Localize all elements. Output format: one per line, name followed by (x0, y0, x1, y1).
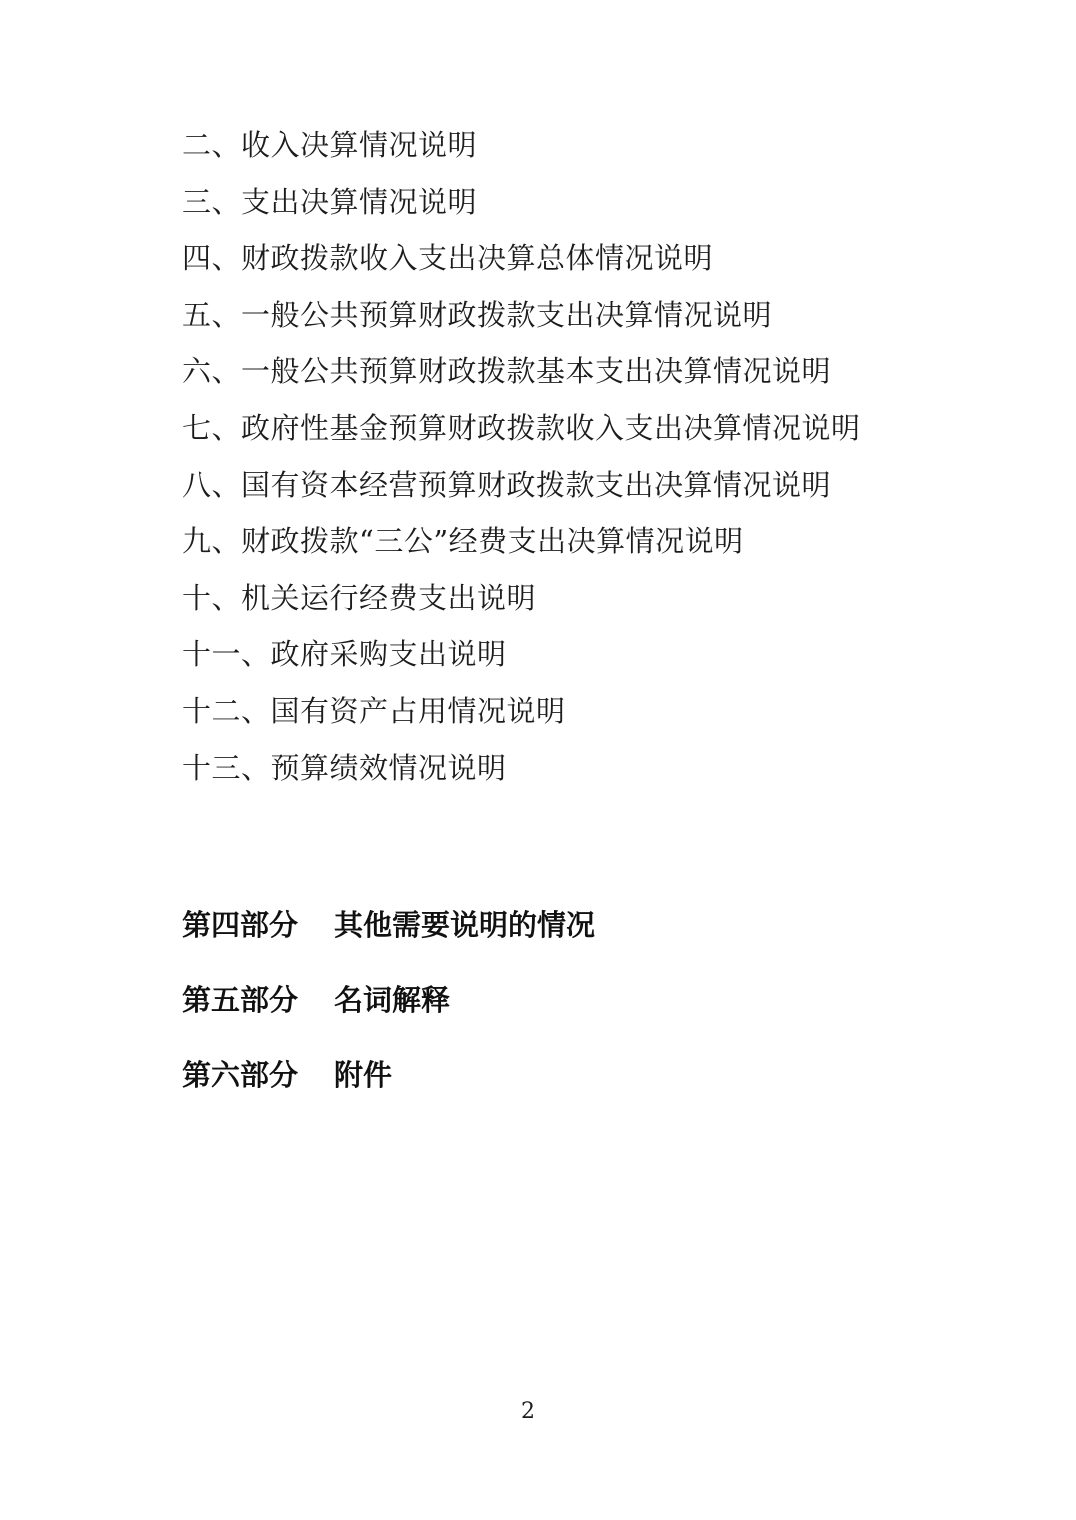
toc-item: 九、财政拨款“三公”经费支出决算情况说明 (182, 513, 861, 570)
toc-item: 四、财政拨款收入支出决算总体情况说明 (182, 230, 861, 287)
section-number: 第六部分 (182, 1058, 298, 1092)
section-heading: 第五部分名词解释 (182, 963, 595, 1038)
section-number: 第五部分 (182, 983, 298, 1017)
section-title: 附件 (334, 1058, 392, 1092)
toc-item: 二、收入决算情况说明 (182, 117, 861, 174)
section-title: 其他需要说明的情况 (334, 908, 595, 942)
toc-item: 七、政府性基金预算财政拨款收入支出决算情况说明 (182, 400, 861, 457)
toc-item: 十一、政府采购支出说明 (182, 626, 861, 683)
toc-item: 六、一般公共预算财政拨款基本支出决算情况说明 (182, 343, 861, 400)
page-number: 2 (0, 1398, 1056, 1426)
section-heading: 第六部分附件 (182, 1038, 595, 1113)
section-heading: 第四部分其他需要说明的情况 (182, 888, 595, 963)
toc-item: 十三、预算绩效情况说明 (182, 740, 861, 797)
section-headings: 第四部分其他需要说明的情况 第五部分名词解释 第六部分附件 (182, 888, 595, 1113)
toc-item: 三、支出决算情况说明 (182, 174, 861, 231)
table-of-contents: 二、收入决算情况说明 三、支出决算情况说明 四、财政拨款收入支出决算总体情况说明… (182, 117, 861, 796)
toc-item: 十二、国有资产占用情况说明 (182, 683, 861, 740)
section-title: 名词解释 (334, 983, 450, 1017)
toc-item: 五、一般公共预算财政拨款支出决算情况说明 (182, 287, 861, 344)
section-number: 第四部分 (182, 908, 298, 942)
toc-item: 十、机关运行经费支出说明 (182, 570, 861, 627)
toc-item: 八、国有资本经营预算财政拨款支出决算情况说明 (182, 457, 861, 514)
document-page: 二、收入决算情况说明 三、支出决算情况说明 四、财政拨款收入支出决算总体情况说明… (0, 0, 1076, 1520)
